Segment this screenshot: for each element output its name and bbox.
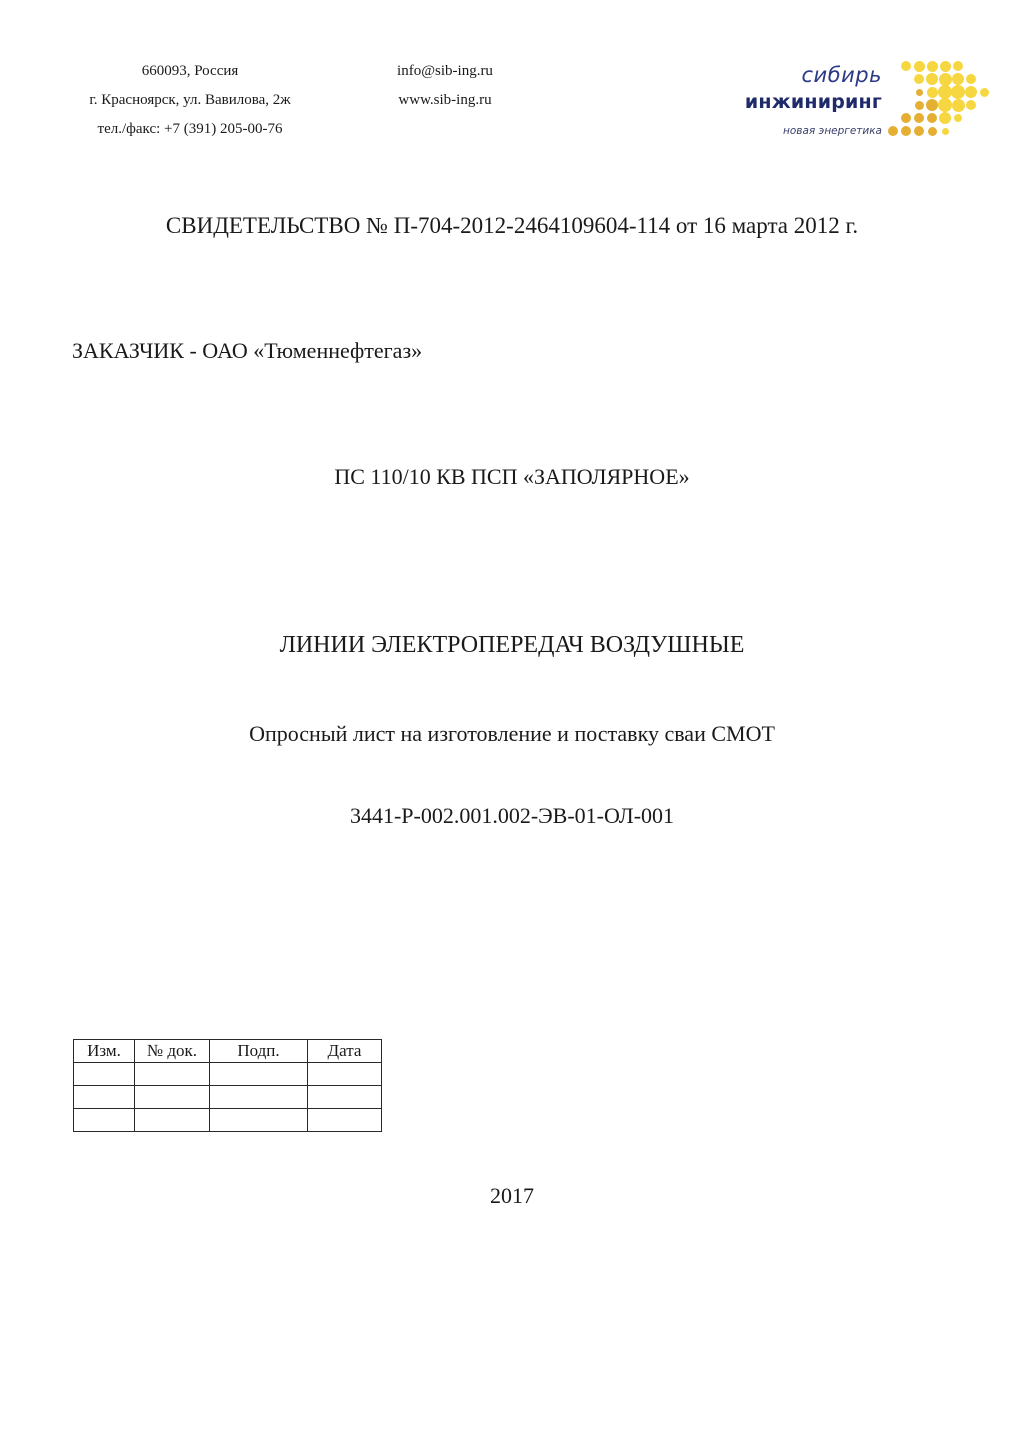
logo-dot (927, 61, 938, 72)
logo-text-main: инжиниринг (728, 91, 882, 113)
logo-dot (965, 86, 977, 98)
table-cell (74, 1063, 135, 1086)
address-line: 660093, Россия (60, 57, 320, 86)
table-row (74, 1063, 382, 1086)
logo-dot (926, 99, 938, 111)
logo-tagline: новая энергетика (742, 125, 882, 137)
logo-dot (953, 61, 963, 71)
document-title: ЛИНИИ ЭЛЕКТРОПЕРЕДАЧ ВОЗДУШНЫЕ (0, 632, 1024, 659)
phone-line: тел./факс: +7 (391) 205-00-76 (60, 115, 320, 144)
table-cell (135, 1063, 210, 1086)
company-address: 660093, Россия г. Красноярск, ул. Вавило… (60, 57, 320, 144)
address-line: г. Красноярск, ул. Вавилова, 2ж (60, 86, 320, 115)
table-cell (308, 1109, 382, 1132)
col-header-doc-number: № док. (135, 1040, 210, 1063)
document-year: 2017 (0, 1183, 1024, 1209)
table-cell (74, 1086, 135, 1109)
table-cell (74, 1109, 135, 1132)
logo-dot (927, 113, 937, 123)
logo-dot (914, 126, 924, 136)
logo-dot (916, 89, 923, 96)
col-header-change: Изм. (74, 1040, 135, 1063)
table-cell (135, 1086, 210, 1109)
logo-dot (966, 74, 976, 84)
email-text: info@sib-ing.ru (380, 57, 510, 86)
logo-dot (915, 101, 924, 110)
logo-dot (954, 114, 962, 122)
col-header-date: Дата (308, 1040, 382, 1063)
logo-dot (888, 126, 898, 136)
logo-dot (939, 73, 952, 86)
dots-grid-icon (886, 59, 982, 141)
table-cell (135, 1109, 210, 1132)
certificate-line: СВИДЕТЕЛЬСТВО № П-704-2012-2464109604-11… (0, 213, 1024, 239)
logo-text-top: сибирь (764, 63, 882, 87)
document-subtitle: Опросный лист на изготовление и поставку… (0, 721, 1024, 747)
logo-dot (914, 113, 924, 123)
table-row (74, 1109, 382, 1132)
logo-dot (951, 85, 965, 99)
document-code: 3441-Р-002.001.002-ЭВ-01-ОЛ-001 (0, 803, 1024, 829)
logo-dot (939, 112, 951, 124)
company-logo: сибирь инжиниринг новая энергетика (722, 55, 982, 145)
table-cell (308, 1063, 382, 1086)
logo-dot (914, 61, 925, 72)
table-row (74, 1086, 382, 1109)
website-text: www.sib-ing.ru (380, 86, 510, 115)
table-cell (210, 1109, 308, 1132)
logo-dot (980, 88, 989, 97)
logo-dot (927, 87, 938, 98)
logo-dot (938, 98, 952, 112)
customer-line: ЗАКАЗЧИК - ОАО «Тюменнефтегаз» (72, 338, 422, 364)
logo-dot (901, 113, 911, 123)
table-cell (210, 1063, 308, 1086)
logo-dot (901, 126, 911, 136)
logo-dot (952, 73, 964, 85)
logo-dot (914, 74, 924, 84)
logo-dot (966, 100, 976, 110)
logo-dot (926, 73, 938, 85)
logo-dot (942, 128, 949, 135)
table-cell (210, 1086, 308, 1109)
object-line: ПС 110/10 КВ ПСП «ЗАПОЛЯРНОЕ» (0, 464, 1024, 490)
logo-dot (938, 85, 952, 99)
logo-dot (928, 127, 937, 136)
logo-dot (901, 61, 911, 71)
logo-dot (952, 99, 965, 112)
table-header-row: Изм. № док. Подп. Дата (74, 1040, 382, 1063)
revision-table: Изм. № док. Подп. Дата (73, 1039, 382, 1132)
company-contacts: info@sib-ing.ru www.sib-ing.ru (380, 57, 510, 115)
logo-dot (940, 61, 951, 72)
col-header-signature: Подп. (210, 1040, 308, 1063)
table-cell (308, 1086, 382, 1109)
